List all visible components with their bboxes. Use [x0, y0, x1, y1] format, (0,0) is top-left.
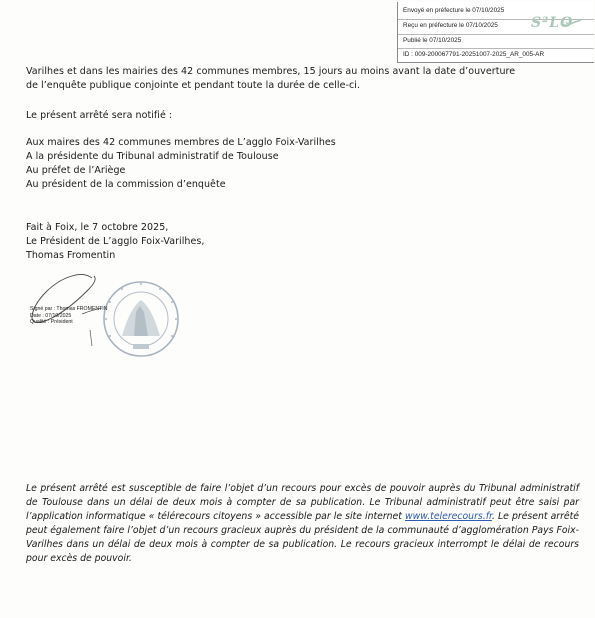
signed-by: Signé par : Thomas FROMENTIN — [30, 306, 107, 313]
legal-notice: Le présent arrêté est susceptible de fai… — [26, 482, 579, 567]
recipient-item: Au président de la commission d’enquête — [26, 178, 226, 192]
stamp-published-date: Publié le 07/10/2025 — [403, 37, 461, 44]
signoff-place-date: Fait à Foix, le 7 octobre 2025, — [26, 221, 168, 235]
stamp-id: ID : 009-200067791-20251007-2025_AR_005-… — [403, 51, 544, 58]
signoff-name: Thomas Fromentin — [26, 249, 115, 263]
stamp-received-date: Reçu en préfecture le 07/10/2025 — [403, 22, 498, 29]
stamp-sent-date: Envoyé en préfecture le 07/10/2025 — [403, 7, 504, 14]
intro-line-2: de l’enquête publique conjointe et penda… — [26, 79, 360, 93]
signature-quality: Qualité : Président — [30, 319, 107, 326]
prefecture-stamp: Envoyé en préfecture le 07/10/2025 Reçu … — [397, 2, 594, 63]
signature-date: Date : 07/10/2025 — [30, 313, 107, 320]
checkmark-icon — [560, 19, 582, 27]
notified-heading: Le présent arrêté sera notifié : — [26, 109, 172, 123]
recipient-item: A la présidente du Tribunal administrati… — [26, 150, 279, 164]
telerecours-link[interactable]: www.telerecours.fr — [405, 511, 492, 522]
signoff-title: Le Président de L’agglo Foix-Varilhes, — [26, 235, 204, 249]
intro-line-1: Varilhes et dans les mairies des 42 comm… — [26, 65, 515, 79]
electronic-signature-block: Signé par : Thomas FROMENTIN Date : 07/1… — [30, 306, 107, 326]
recipient-item: Au préfet de l’Ariège — [26, 164, 125, 178]
official-seal — [100, 278, 182, 360]
recipient-item: Aux maires des 42 communes membres de L’… — [26, 136, 336, 150]
